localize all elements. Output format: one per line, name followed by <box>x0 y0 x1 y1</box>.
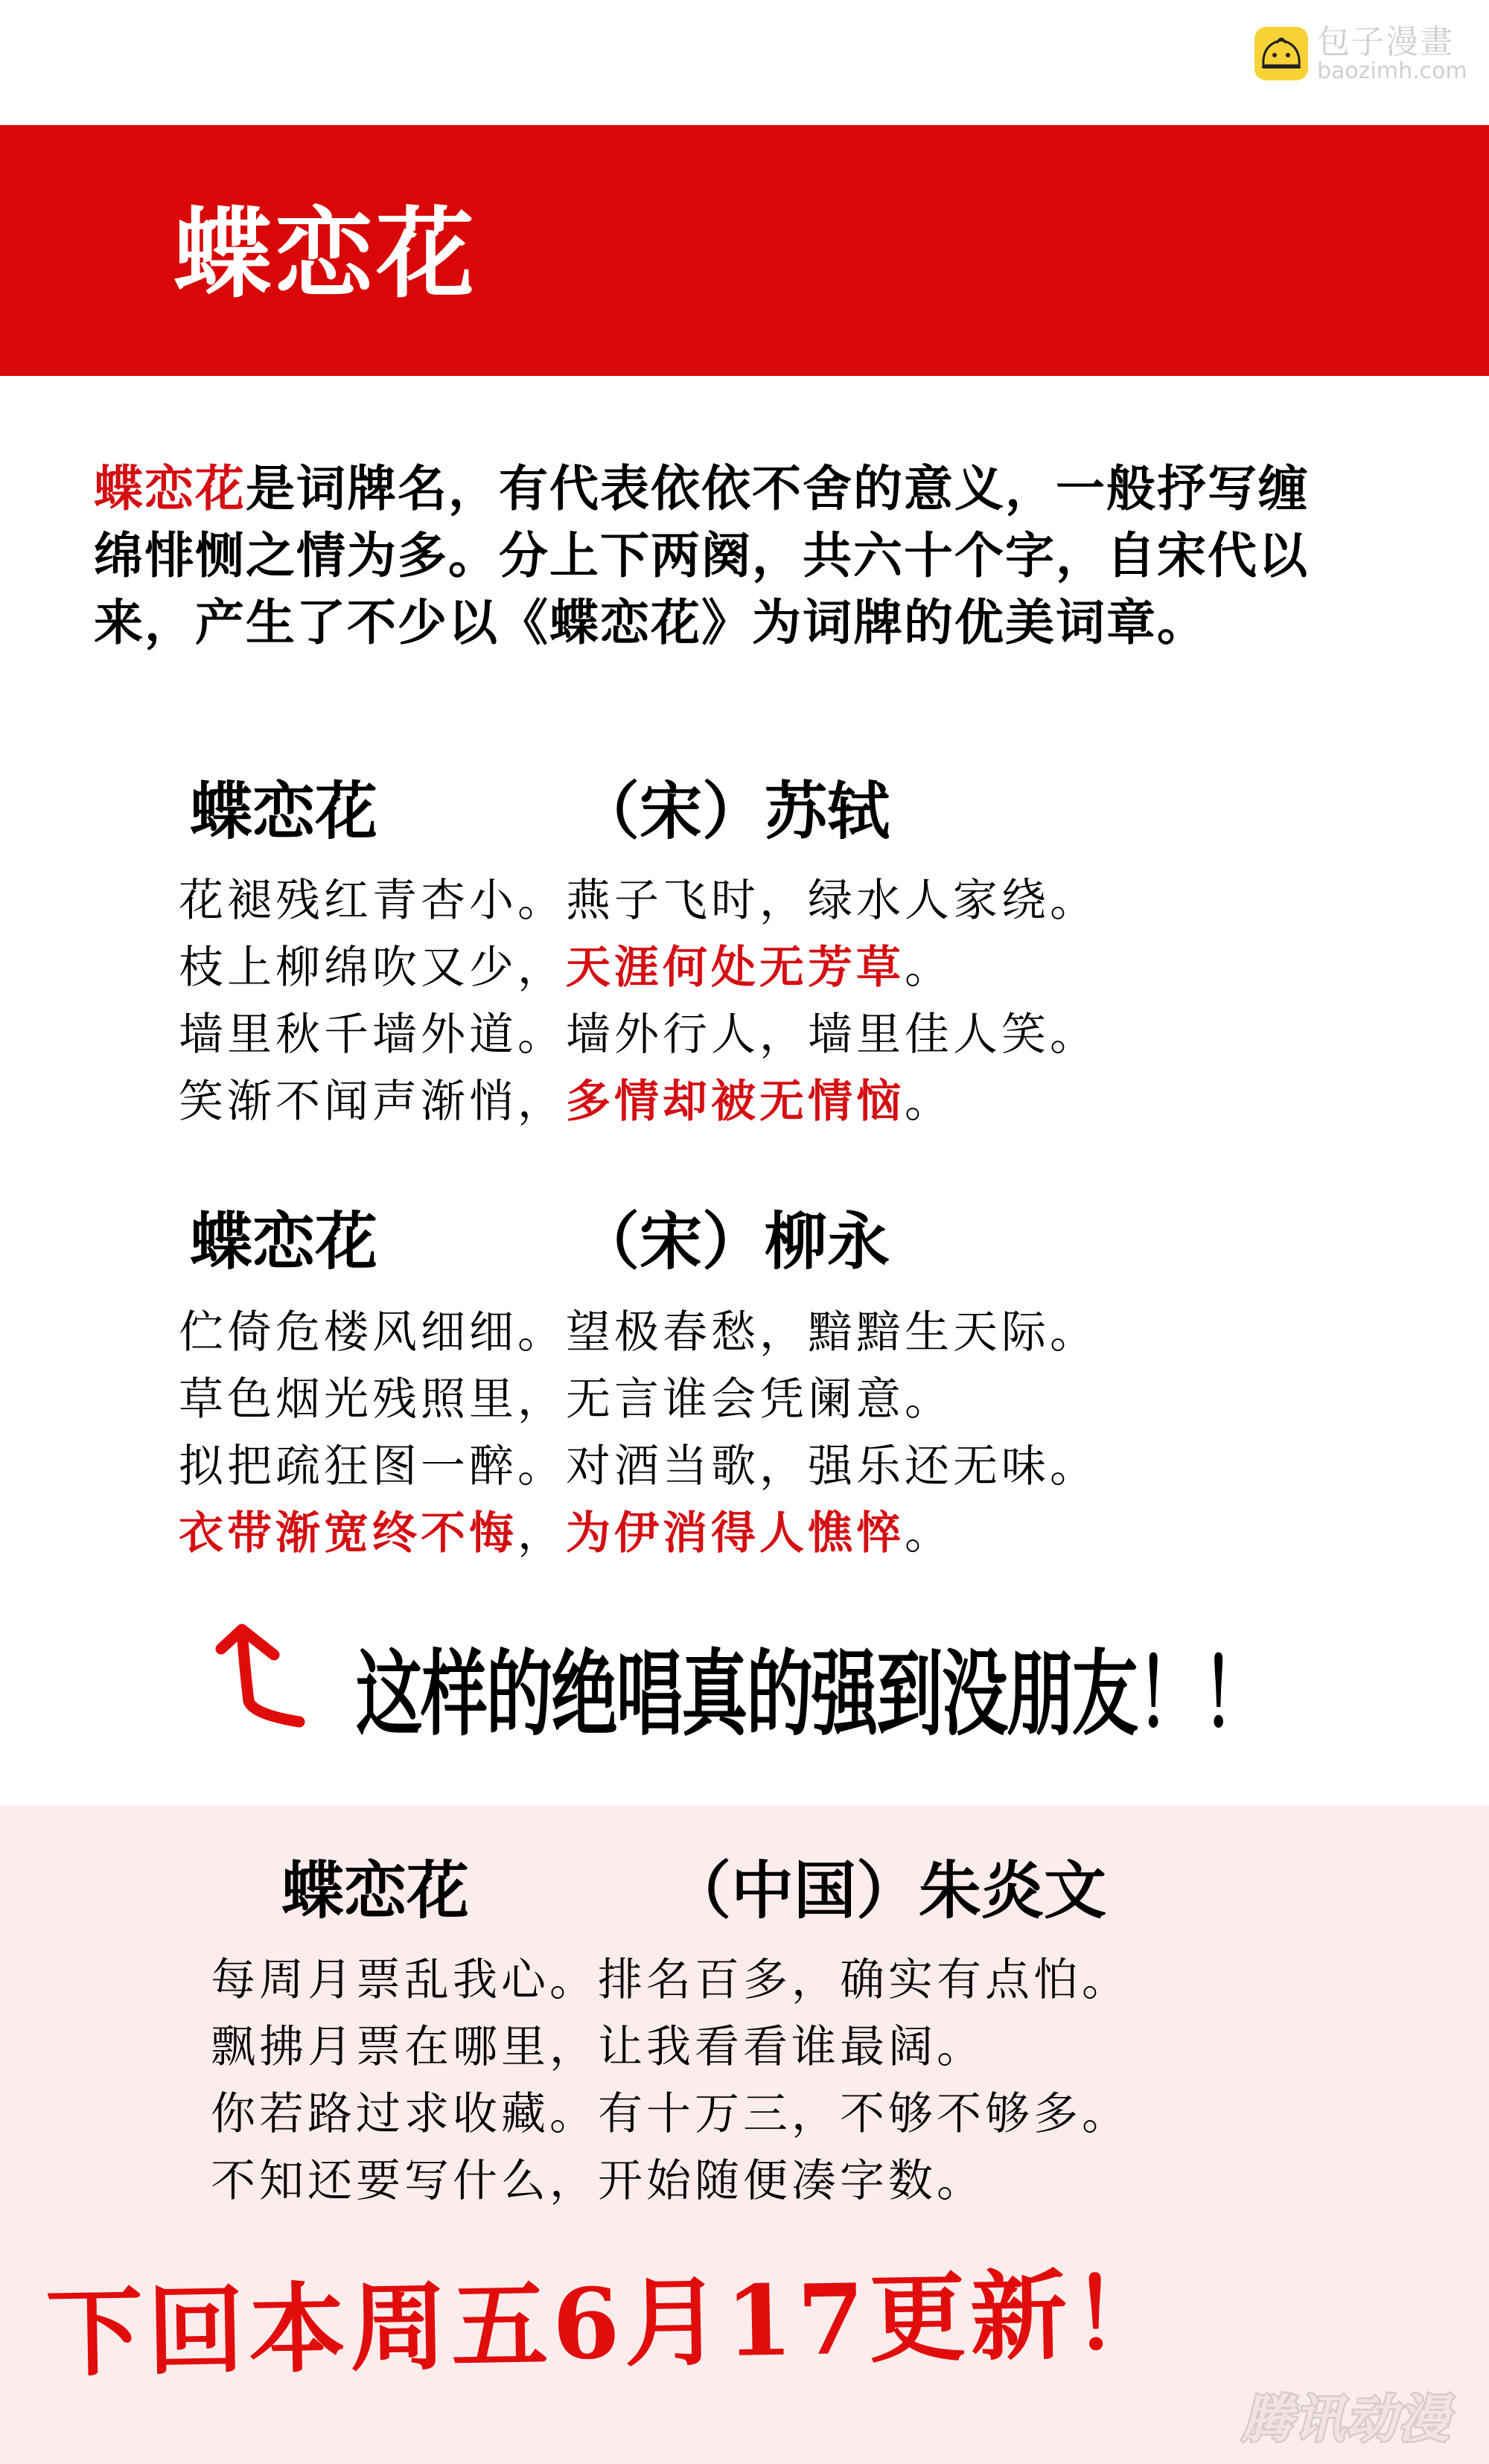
watermark-name-cn: 包子漫畫 <box>1317 24 1454 61</box>
watermark-baozimh: 包子漫畫 baozimh.com <box>1254 24 1470 83</box>
poem-line: 花褪残红青杏小。燕子飞时，绿水人家绕。 <box>179 867 1098 934</box>
red-up-arrow-icon <box>201 1619 320 1738</box>
highlighted-verse: 衣带渐宽终不悔 <box>179 1507 517 1560</box>
poem-heading-zhuyanwen: 蝶恋花 （中国）朱炎文 <box>281 1854 1249 1928</box>
poem-title: 蝶恋花 <box>190 775 377 848</box>
poem-body-sushi: 花褪残红青杏小。燕子飞时，绿水人家绕。 枝上柳绵吹又少，天涯何处无芳草。 墙里秋… <box>179 867 1098 1135</box>
poem-heading-sushi: 蝶恋花 （宋）苏轼 <box>190 774 1158 849</box>
poem-line: 笑渐不闻声渐悄，多情却被无情恼。 <box>179 1068 1098 1135</box>
exclamation-headline: 这样的绝唱真的强到没朋友！！ <box>356 1636 1267 1752</box>
poem-line: 墙里秋千墙外道。墙外行人，墙里佳人笑。 <box>179 1001 1098 1068</box>
watermark-tencent-comic: 腾讯动漫 <box>1242 2390 1473 2451</box>
intro-text: 是词牌名，有代表依依不舍的意义，一般抒写缠绵悱恻之情为多。分上下两阕，共六十个字… <box>94 460 1309 651</box>
highlighted-verse: 多情却被无情恼 <box>566 1076 905 1128</box>
banner-title: 蝶恋花 <box>173 195 477 314</box>
poem-line: 每周月票乱我心。排名百多，确实有点怕。 <box>211 1947 1130 2014</box>
poem-author: （宋）柳永 <box>577 1204 890 1279</box>
poem-author: （宋）苏轼 <box>577 774 890 849</box>
poem-body-liuyong: 伫倚危楼风细细。望极春愁，黯黯生天际。 草色烟光残照里，无言谁会凭阑意。 拟把疏… <box>179 1299 1098 1567</box>
poem-line: 不知还要写什么，开始随便凑字数。 <box>211 2148 1130 2215</box>
baozi-bun-icon <box>1254 27 1308 80</box>
poem-line: 飘拂月票在哪里，让我看看谁最阔。 <box>211 2014 1130 2081</box>
intro-highlight: 蝶恋花 <box>94 460 246 517</box>
poem-line: 伫倚危楼风细细。望极春愁，黯黯生天际。 <box>179 1299 1098 1366</box>
poem-line: 草色烟光残照里，无言谁会凭阑意。 <box>179 1366 1098 1433</box>
update-notice-handwritten: 下回本周五6月17更新！ <box>45 2259 1174 2390</box>
poem-line: 衣带渐宽终不悔，为伊消得人憔悴。 <box>179 1500 1098 1567</box>
highlighted-verse: 为伊消得人憔悴 <box>566 1507 905 1560</box>
poem-title: 蝶恋花 <box>281 1854 469 1927</box>
poem-line: 你若路过求收藏。有十万三，不够不够多。 <box>211 2081 1130 2148</box>
intro-paragraph: 蝶恋花是词牌名，有代表依依不舍的意义，一般抒写缠绵悱恻之情为多。分上下两阕，共六… <box>94 456 1315 657</box>
poem-title: 蝶恋花 <box>190 1205 377 1278</box>
poem-body-zhuyanwen: 每周月票乱我心。排名百多，确实有点怕。 飘拂月票在哪里，让我看看谁最阔。 你若路… <box>211 1947 1130 2215</box>
poem-author: （中国）朱炎文 <box>669 1854 1106 1928</box>
watermark-name-en: baozimh.com <box>1317 60 1467 83</box>
poem-heading-liuyong: 蝶恋花 （宋）柳永 <box>190 1204 1158 1279</box>
poem-line: 拟把疏狂图一醉。对酒当歌，强乐还无味。 <box>179 1433 1098 1500</box>
highlighted-verse: 天涯何处无芳草 <box>566 942 905 994</box>
poem-line: 枝上柳绵吹又少，天涯何处无芳草。 <box>179 934 1098 1001</box>
